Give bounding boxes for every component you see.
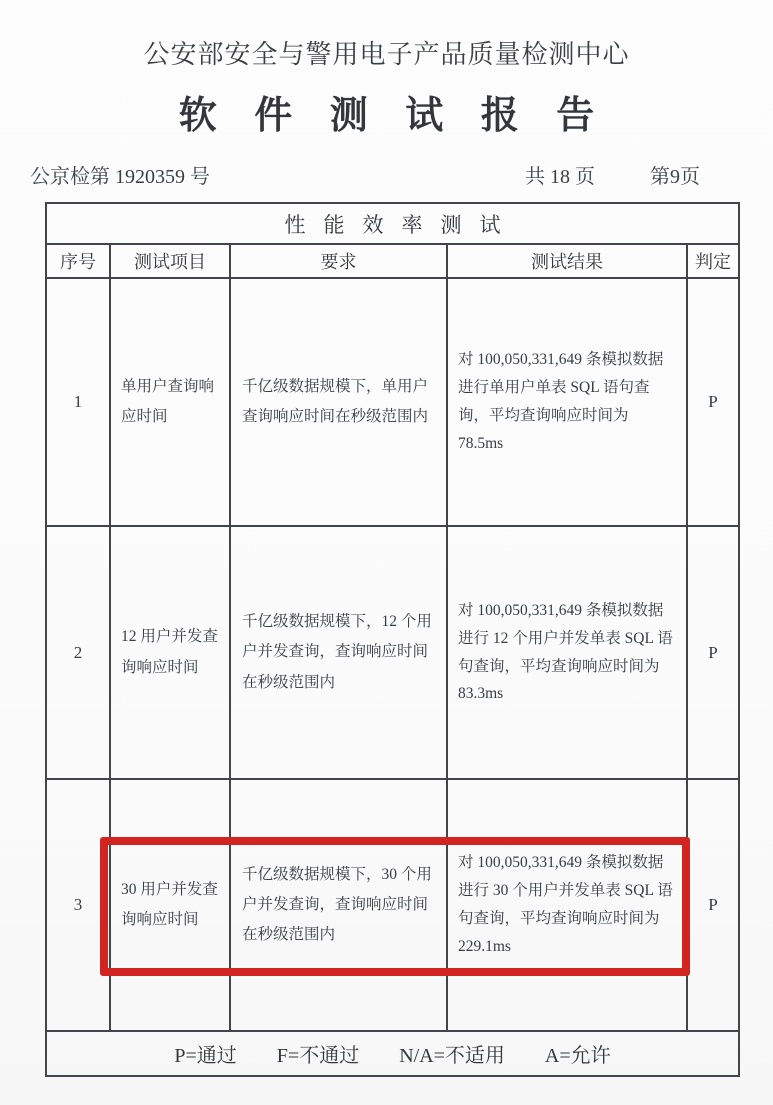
performance-test-table: 性能效率测试 序号 测试项目 要求 测试结果 判定 1 单用户查询响应时间 千亿… (45, 202, 740, 1077)
row1-requirement: 千亿级数据规模下，单用户查询响应时间在秒级范围内 (230, 278, 447, 526)
table-row-2: 2 12 用户并发查询响应时间 千亿级数据规模下，12 个用户并发查询，查询响应… (46, 526, 739, 779)
total-pages: 共 18 页 (525, 160, 595, 189)
row3-requirement: 千亿级数据规模下，30 个用户并发查询，查询响应时间在秒级范围内 (230, 779, 447, 1031)
meta-line: 公京检第 1920359 号 共 18 页 第9页 (0, 160, 773, 190)
col-header-item: 测试项目 (110, 244, 230, 278)
row3-verdict: P (687, 779, 739, 1031)
report-page: 公安部安全与警用电子产品质量检测中心 软 件 测 试 报 告 公京检第 1920… (0, 0, 773, 1105)
row2-verdict: P (687, 526, 739, 779)
table-header-row: 序号 测试项目 要求 测试结果 判定 (46, 244, 739, 278)
verdict-legend: P=通过 F=不通过 N/A=不适用 A=允许 (46, 1031, 739, 1076)
doc-number: 公京检第 1920359 号 (30, 160, 210, 189)
org-name: 公安部安全与警用电子产品质量检测中心 (0, 34, 773, 71)
row1-no: 1 (46, 278, 110, 526)
table-row-3-highlighted: 3 30 用户并发查询响应时间 千亿级数据规模下，30 个用户并发查询，查询响应… (46, 779, 739, 1031)
col-header-result: 测试结果 (447, 244, 687, 278)
table-legend-row: P=通过 F=不通过 N/A=不适用 A=允许 (46, 1031, 739, 1076)
row1-result: 对 100,050,331,649 条模拟数据进行单用户单表 SQL 语句查询，… (447, 278, 687, 526)
page-number: 第9页 (650, 160, 700, 189)
row3-result: 对 100,050,331,649 条模拟数据进行 30 个用户并发单表 SQL… (447, 779, 687, 1031)
report-title: 软 件 测 试 报 告 (0, 84, 773, 139)
row2-item: 12 用户并发查询响应时间 (110, 526, 230, 779)
row3-no: 3 (46, 779, 110, 1031)
table-section-title: 性能效率测试 (46, 203, 739, 244)
row3-item: 30 用户并发查询响应时间 (110, 779, 230, 1031)
table-row-1: 1 单用户查询响应时间 千亿级数据规模下，单用户查询响应时间在秒级范围内 对 1… (46, 278, 739, 526)
col-header-requirement: 要求 (230, 244, 447, 278)
row1-verdict: P (687, 278, 739, 526)
row1-item: 单用户查询响应时间 (110, 278, 230, 526)
row2-requirement: 千亿级数据规模下，12 个用户并发查询，查询响应时间在秒级范围内 (230, 526, 447, 779)
table-section-title-row: 性能效率测试 (46, 203, 739, 244)
col-header-no: 序号 (46, 244, 110, 278)
row2-no: 2 (46, 526, 110, 779)
col-header-verdict: 判定 (687, 244, 739, 278)
row2-result: 对 100,050,331,649 条模拟数据进行 12 个用户并发单表 SQL… (447, 526, 687, 779)
